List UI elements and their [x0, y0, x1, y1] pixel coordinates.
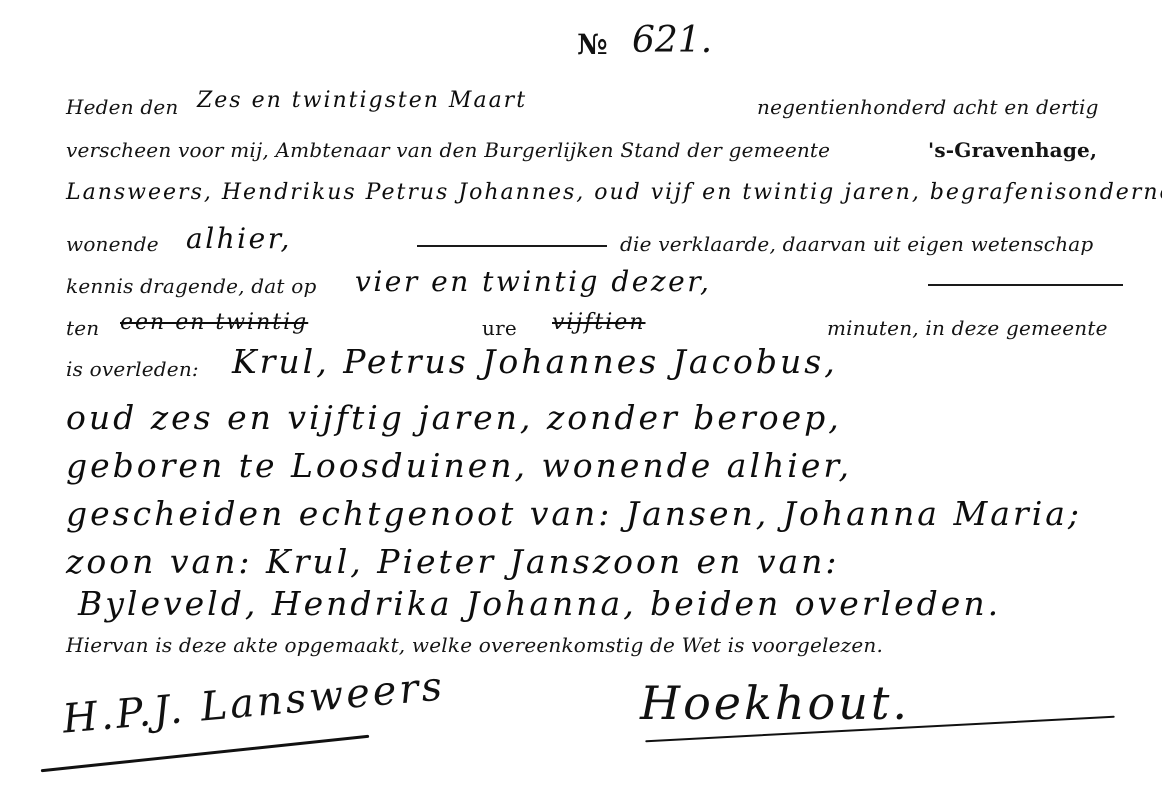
handwritten-spouse: gescheiden echtgenoot van: Jansen, Johan… — [66, 494, 1082, 533]
signature-declarant: H.P.J. Lansweers — [61, 663, 447, 742]
numero-symbol: № — [577, 28, 607, 61]
blank-rule — [417, 245, 607, 247]
printed-ure: ure — [482, 316, 517, 340]
handwritten-declarant: Lansweers, Hendrikus Petrus Johannes, ou… — [66, 180, 1162, 205]
blank-rule — [928, 284, 1123, 286]
handwritten-deceased-name: Krul, Petrus Johannes Jacobus, — [232, 342, 838, 381]
municipality-name: 's-Gravenhage, — [928, 138, 1097, 162]
printed-minuten: minuten, in deze gemeente — [827, 316, 1108, 340]
handwritten-father: zoon van: Krul, Pieter Janszoon en van: — [66, 542, 840, 581]
handwritten-birthplace: geboren te Loosduinen, wonende alhier, — [66, 446, 852, 485]
handwritten-mother: Byleveld, Hendrika Johanna, beiden overl… — [78, 584, 1001, 623]
printed-verscheen: verscheen voor mij, Ambtenaar van den Bu… — [66, 138, 830, 162]
printed-kennis: kennis dragende, dat op — [66, 274, 316, 298]
handwritten-death-date: vier en twintig dezer, — [355, 265, 711, 298]
printed-is-overleden: is overleden: — [66, 357, 199, 381]
handwritten-age-occupation: oud zes en vijftig jaren, zonder beroep, — [66, 398, 842, 437]
signature-registrar: Hoekhout. — [640, 676, 910, 730]
printed-verklaarde: die verklaarde, daarvan uit eigen wetens… — [620, 232, 1093, 256]
act-number: 621. — [632, 20, 712, 61]
printed-municipality: 's-Gravenhage, — [928, 138, 1097, 162]
handwritten-minutes: vijftien — [552, 310, 646, 335]
printed-wonende: wonende — [66, 232, 159, 256]
printed-closing: Hiervan is deze akte opgemaakt, welke ov… — [66, 633, 883, 657]
printed-ten: ten — [66, 316, 99, 340]
handwritten-date: Zes en twintigsten Maart — [197, 88, 527, 113]
printed-heden-den: Heden den — [66, 95, 178, 119]
handwritten-hour: een en twintig — [120, 310, 308, 335]
printed-year: negentienhonderd acht en dertig — [757, 95, 1099, 119]
handwritten-residence: alhier, — [186, 222, 292, 255]
